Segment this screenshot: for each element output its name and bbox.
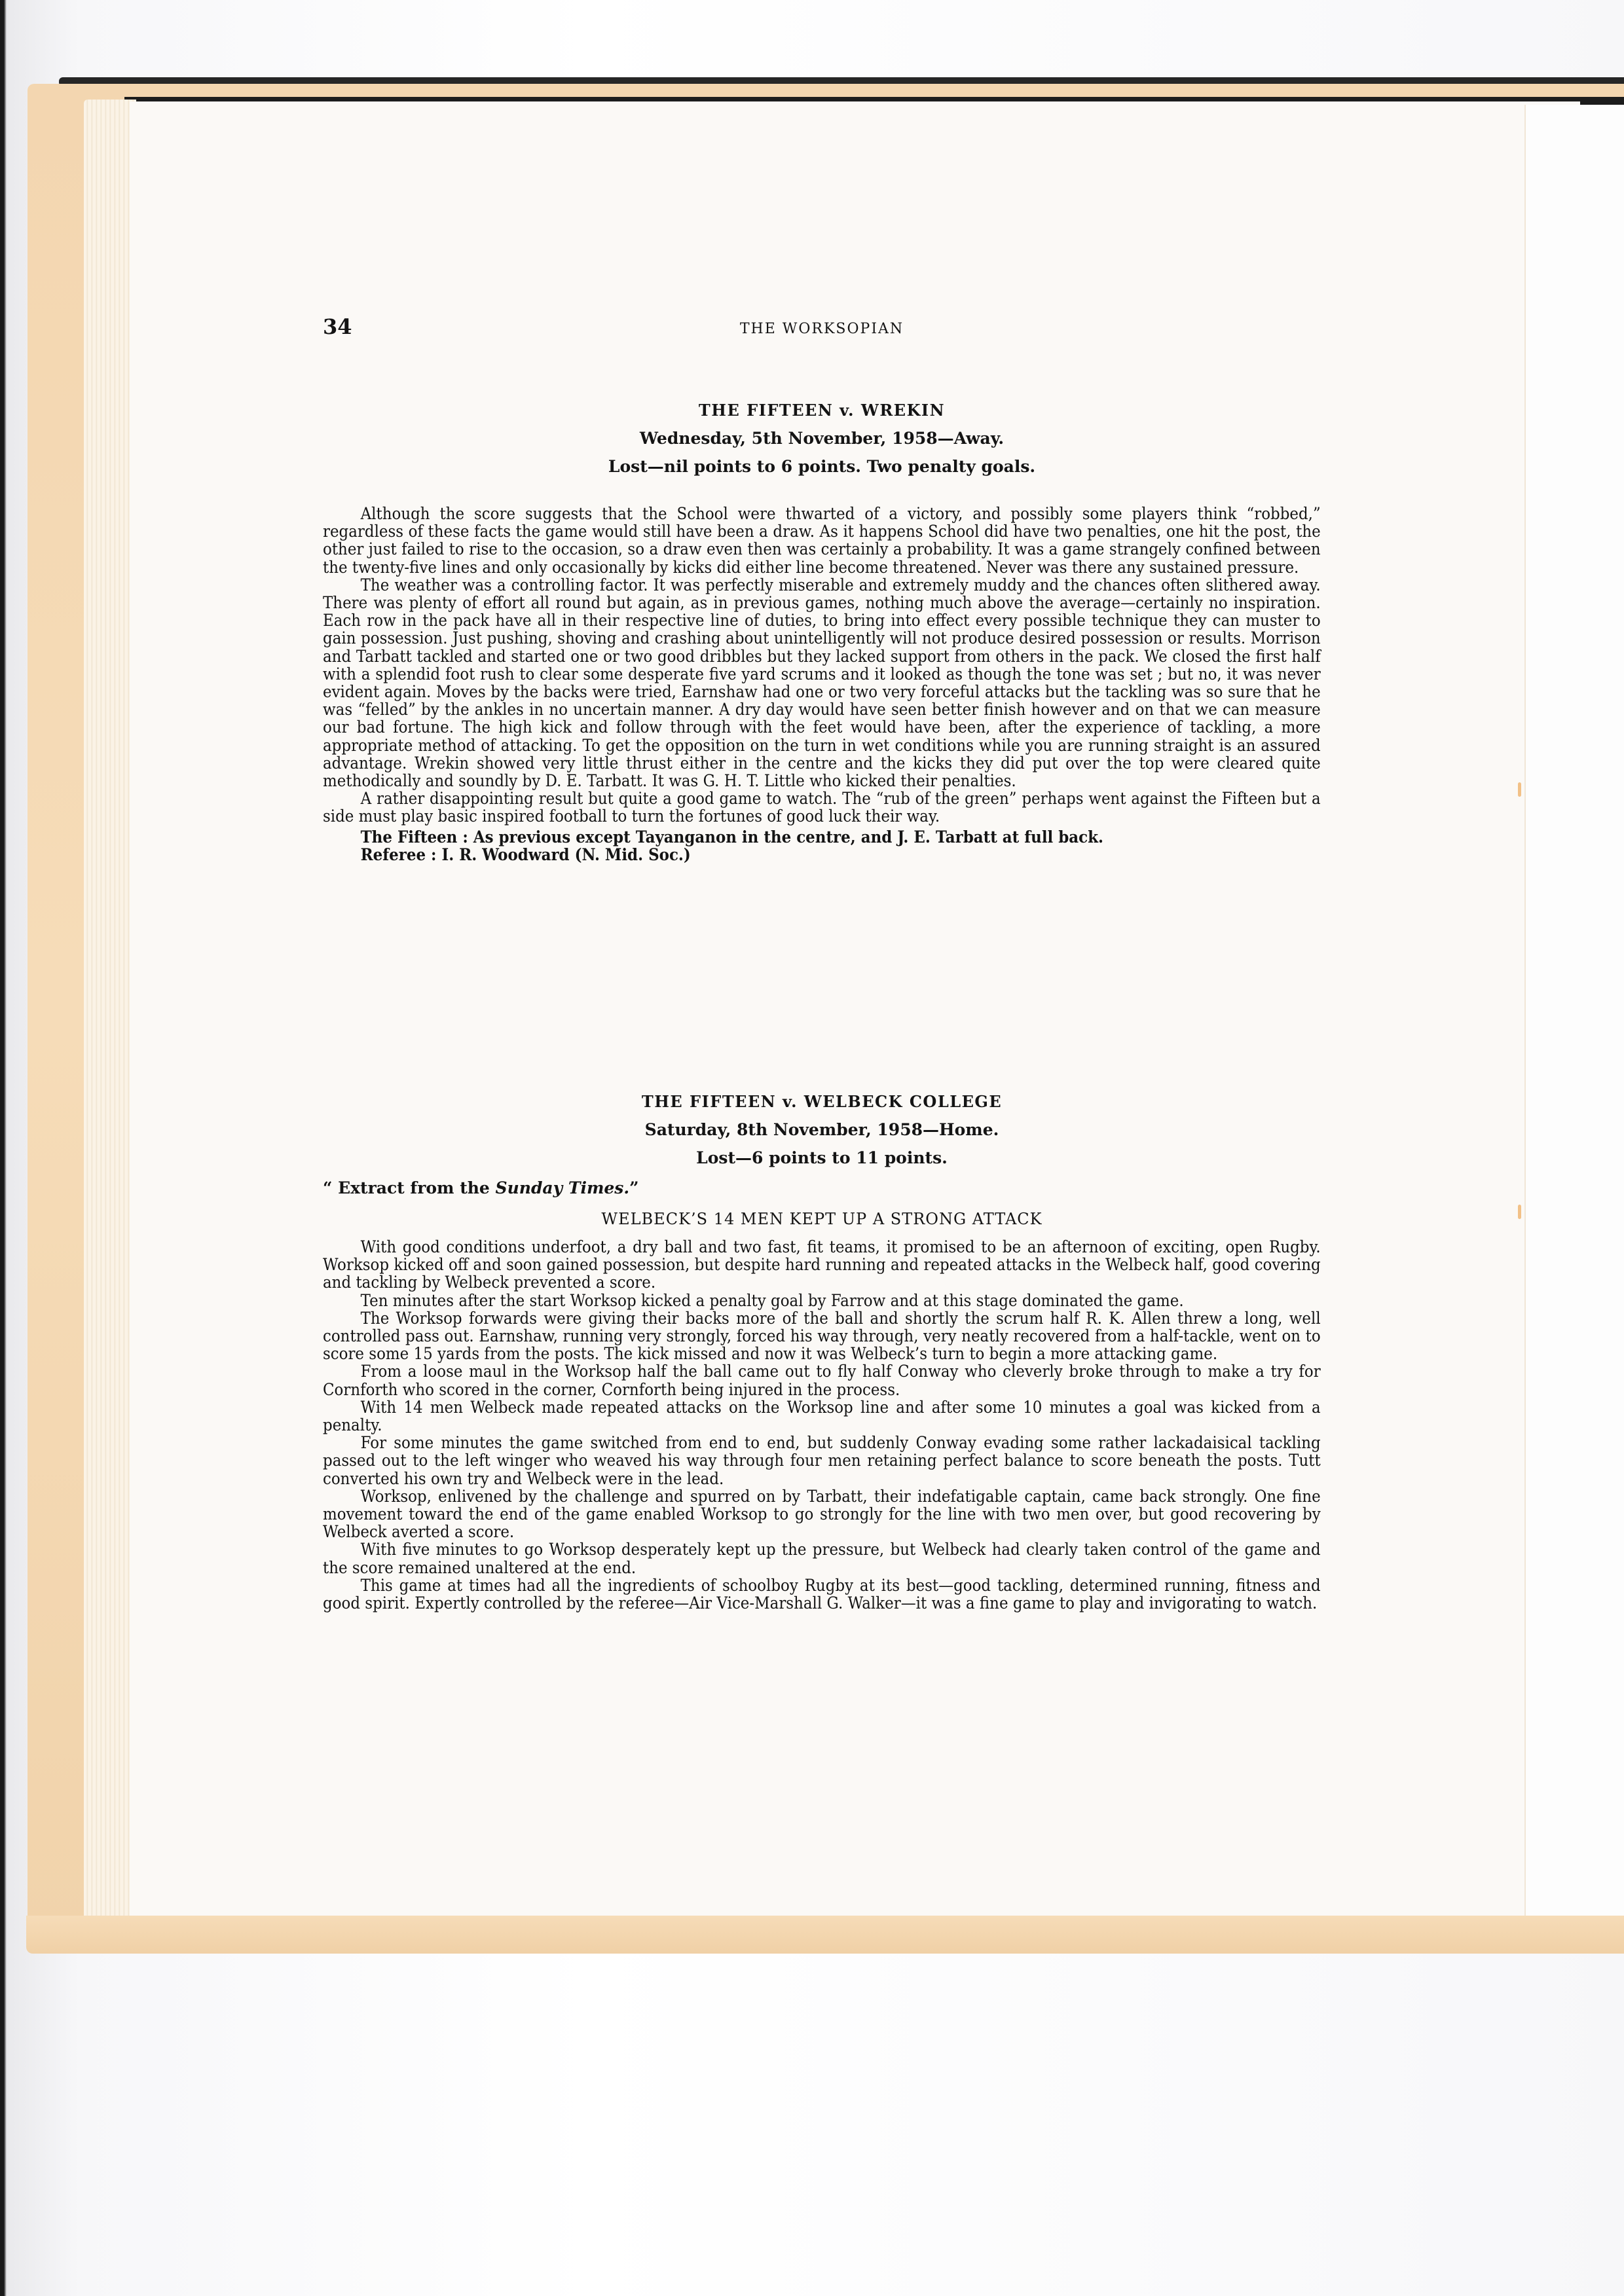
book-cover-bottom [26, 1916, 1624, 1954]
wrekin-date: Wednesday, 5th November, 1958—Away. [323, 429, 1321, 448]
newspaper-headline: WELBECK’S 14 MEN KEPT UP A STRONG ATTACK [323, 1210, 1321, 1228]
extract-source: Sunday Times. [496, 1178, 630, 1197]
wrekin-report: Although the score suggests that the Sch… [323, 505, 1321, 864]
wrekin-title: THE FIFTEEN v. WREKIN [323, 401, 1321, 420]
extract-suffix: ” [629, 1178, 638, 1197]
welbeck-paragraph-7: Worksop, enlivened by the challenge and … [323, 1488, 1321, 1542]
extract-prefix: “ Extract from the [323, 1178, 496, 1197]
extract-credit: “ Extract from the Sunday Times.” [323, 1178, 638, 1197]
page-edges [84, 100, 136, 1920]
paper-stain [1518, 782, 1521, 797]
wrekin-paragraph-3: A rather disappointing result but quite … [323, 790, 1321, 826]
welbeck-paragraph-8: With five minutes to go Worksop desperat… [323, 1541, 1321, 1576]
facing-page-edge [1524, 105, 1624, 1916]
wrekin-paragraph-2: The weather was a controlling factor. It… [323, 577, 1321, 790]
welbeck-paragraph-5: With 14 men Welbeck made repeated attack… [323, 1399, 1321, 1434]
running-head: 34 THE WORKSOPIAN [323, 314, 1321, 340]
welbeck-paragraph-4: From a loose maul in the Worksop half th… [323, 1363, 1321, 1398]
wrekin-team-line: The Fifteen : As previous except Tayanga… [323, 829, 1321, 847]
wrekin-referee-line: Referee : I. R. Woodward (N. Mid. Soc.) [323, 847, 1321, 864]
welbeck-paragraph-1: With good conditions underfoot, a dry ba… [323, 1239, 1321, 1292]
welbeck-report: With good conditions underfoot, a dry ba… [323, 1239, 1321, 1613]
wrekin-heading: THE FIFTEEN v. WREKIN Wednesday, 5th Nov… [323, 401, 1321, 476]
page [130, 101, 1580, 1916]
welbeck-result: Lost—6 points to 11 points. [323, 1148, 1321, 1167]
welbeck-title: THE FIFTEEN v. WELBECK COLLEGE [323, 1092, 1321, 1111]
welbeck-paragraph-3: The Worksop forwards were giving their b… [323, 1310, 1321, 1364]
welbeck-paragraph-9: This game at times had all the ingredien… [323, 1577, 1321, 1613]
welbeck-paragraph-6: For some minutes the game switched from … [323, 1434, 1321, 1488]
welbeck-paragraph-2: Ten minutes after the start Worksop kick… [323, 1292, 1321, 1310]
welbeck-date: Saturday, 8th November, 1958—Home. [323, 1120, 1321, 1139]
paper-stain [1518, 1205, 1521, 1219]
welbeck-heading: THE FIFTEEN v. WELBECK COLLEGE Saturday,… [323, 1092, 1321, 1167]
journal-title: THE WORKSOPIAN [323, 321, 1321, 337]
wrekin-paragraph-1: Although the score suggests that the Sch… [323, 505, 1321, 577]
wrekin-result: Lost—nil points to 6 points. Two penalty… [323, 457, 1321, 476]
